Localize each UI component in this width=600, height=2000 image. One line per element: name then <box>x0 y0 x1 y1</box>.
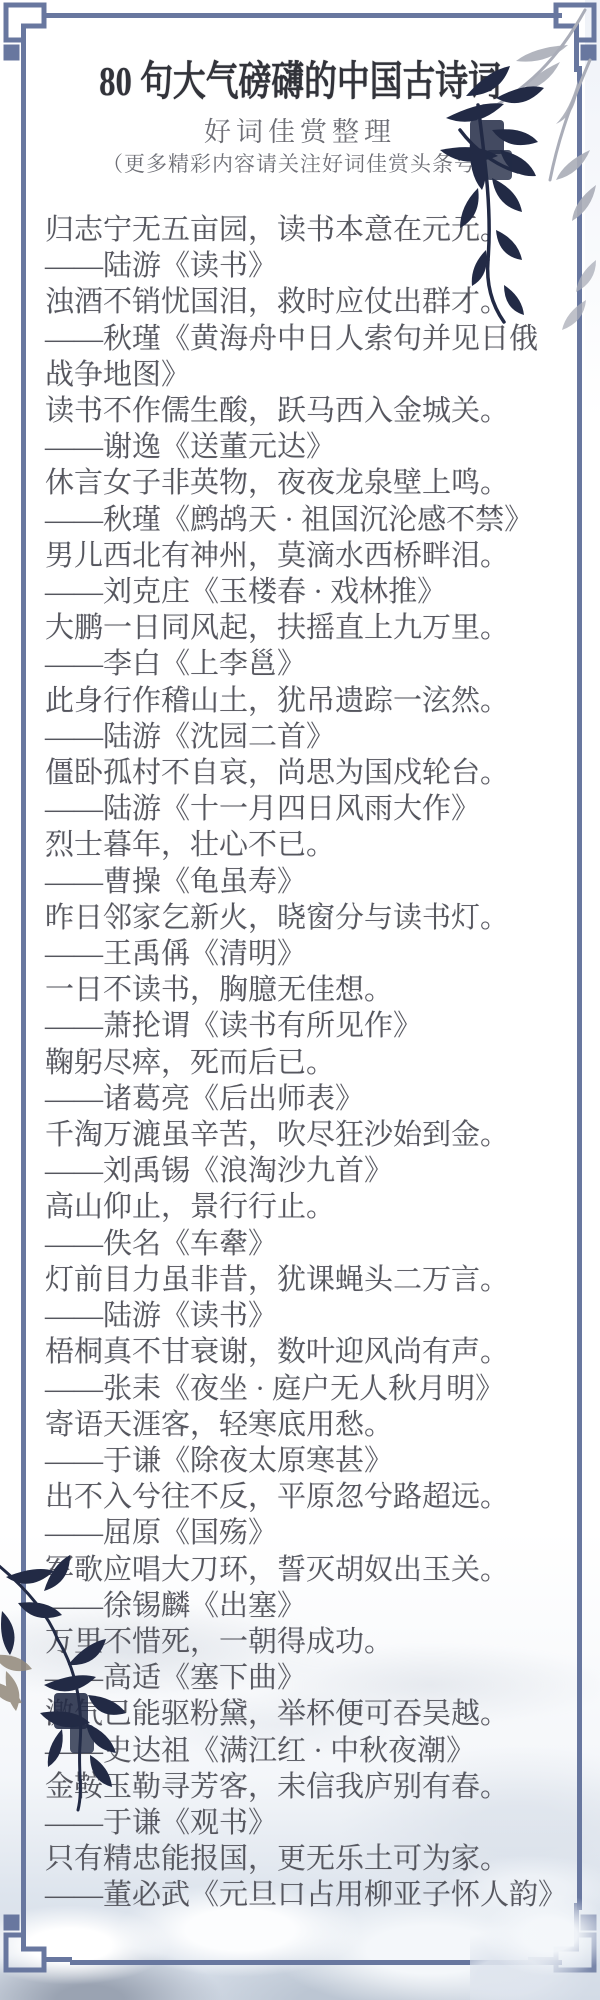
poem-quote: 出不入兮往不反，平原忽兮路超远。 <box>45 1479 557 1515</box>
poem-attribution: ——刘克庄《玉楼春 · 戏林推》 <box>45 574 557 610</box>
poem-attribution: ——秋瑾《鹧鸪天 · 祖国沉沦感不禁》 <box>45 502 557 538</box>
poem-attribution: ——谢逸《送董元达》 <box>45 429 557 465</box>
bamboo-ink-art-icon <box>400 0 600 340</box>
poem-quote: 寄语天涯客，轻寒底用愁。 <box>45 1407 557 1443</box>
poem-quote: 灯前目力虽非昔，犹课蝇头二万言。 <box>45 1262 557 1298</box>
poem-quote: 此身行作稽山土，犹吊遗踪一泫然。 <box>45 683 557 719</box>
poem-quote: 高山仰止，景行行止。 <box>45 1189 557 1225</box>
poem-attribution: ——李白《上李邕》 <box>45 646 557 682</box>
poem-quote: 烈士暮年，壮心不已。 <box>45 827 557 863</box>
greek-key-corner-icon <box>0 1903 72 1975</box>
poem-quote: 鞠躬尽瘁，死而后已。 <box>45 1045 557 1081</box>
bamboo-ink-art-icon <box>0 1545 138 1815</box>
poem-quote: 大鹏一日同风起，扶摇直上九万里。 <box>45 610 557 646</box>
poem-attribution: ——佚名《车舝》 <box>45 1226 557 1262</box>
poem-attribution: ——刘禹锡《浪淘沙九首》 <box>45 1153 557 1189</box>
poem-quote: 只有精忠能报国，更无乐土可为家。 <box>45 1841 557 1877</box>
poem-attribution: ——陆游《沈园二首》 <box>45 719 557 755</box>
poem-attribution: ——董必武《元旦口占用柳亚子怀人韵》 <box>45 1877 557 1913</box>
poem-attribution: ——陆游《读书》 <box>45 1298 557 1334</box>
poem-quote: 僵卧孤村不自哀，尚思为国戍轮台。 <box>45 755 557 791</box>
poem-quote: 千淘万漉虽辛苦，吹尽狂沙始到金。 <box>45 1117 557 1153</box>
frame-border-right <box>577 66 582 1910</box>
poem-quote: 一日不读书，胸臆无佳想。 <box>45 972 557 1008</box>
poem-attribution: ——张耒《夜坐 · 庭户无人秋月明》 <box>45 1371 557 1407</box>
poem-attribution: ——王禹偁《清明》 <box>45 936 557 972</box>
poem-quote: 休言女子非英物，夜夜龙泉壁上鸣。 <box>45 465 557 501</box>
poem-quote: 梧桐真不甘衰谢，数叶迎风尚有声。 <box>45 1334 557 1370</box>
poem-attribution: ——萧抡谓《读书有所见作》 <box>45 1008 557 1044</box>
poem-quote: 男儿西北有神州，莫滴水西桥畔泪。 <box>45 538 557 574</box>
poem-attribution: ——于谦《除夜太原寒甚》 <box>45 1443 557 1479</box>
poem-quote: 读书不作儒生酸，跃马西入金城关。 <box>45 393 557 429</box>
poem-attribution: ——诸葛亮《后出师表》 <box>45 1081 557 1117</box>
poem-quote: 昨日邻家乞新火，晓窗分与读书灯。 <box>45 900 557 936</box>
poem-attribution: ——曹操《龟虽寿》 <box>45 864 557 900</box>
poem-attribution: ——陆游《十一月四日风雨大作》 <box>45 791 557 827</box>
